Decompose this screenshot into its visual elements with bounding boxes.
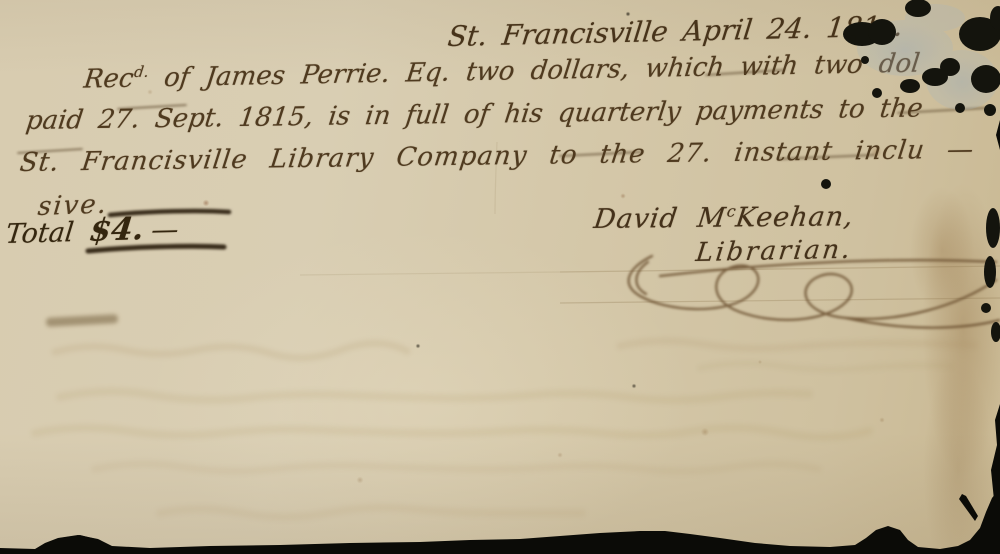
received-abbrev: Rec bbox=[82, 64, 135, 95]
signature-name-base: David M bbox=[592, 203, 728, 235]
signature-flourish bbox=[629, 256, 1000, 328]
signature-title: Librarian. bbox=[694, 235, 854, 268]
right-edge-crack bbox=[959, 494, 978, 521]
dateline: St. Francisville April 24. 181. bbox=[446, 10, 905, 53]
dateline-text: St. Francisville April 24. 181 bbox=[446, 10, 882, 53]
body-line-3: St. Francisville Library Company to the … bbox=[18, 135, 976, 178]
body-line-2: paid 27. Sept. 1815, is in full of his q… bbox=[24, 93, 924, 136]
receipt-scan: St. Francisville April 24. 181. Recd. of… bbox=[0, 0, 1000, 554]
bottom-left-blot bbox=[42, 535, 114, 554]
signature-name-rest: Keehan, bbox=[734, 201, 856, 233]
total-amount: $4. bbox=[88, 211, 146, 249]
ink-smudge bbox=[46, 314, 118, 327]
total-dash: — bbox=[150, 214, 180, 246]
total-line: Total$4.— bbox=[4, 210, 181, 251]
total-label: Total bbox=[4, 217, 75, 250]
torn-bottom-edge bbox=[0, 488, 1000, 554]
body-line-1-text: of James Perrie. Eq. two dollars, which … bbox=[146, 49, 921, 94]
right-edge-nick bbox=[996, 120, 1000, 150]
body-line-1: Recd. of James Perrie. Eq. two dollars, … bbox=[82, 48, 921, 95]
right-edge-tear bbox=[991, 404, 1000, 510]
signature-name: David McKeehan, bbox=[592, 200, 856, 235]
dateline-period: . bbox=[892, 10, 905, 43]
